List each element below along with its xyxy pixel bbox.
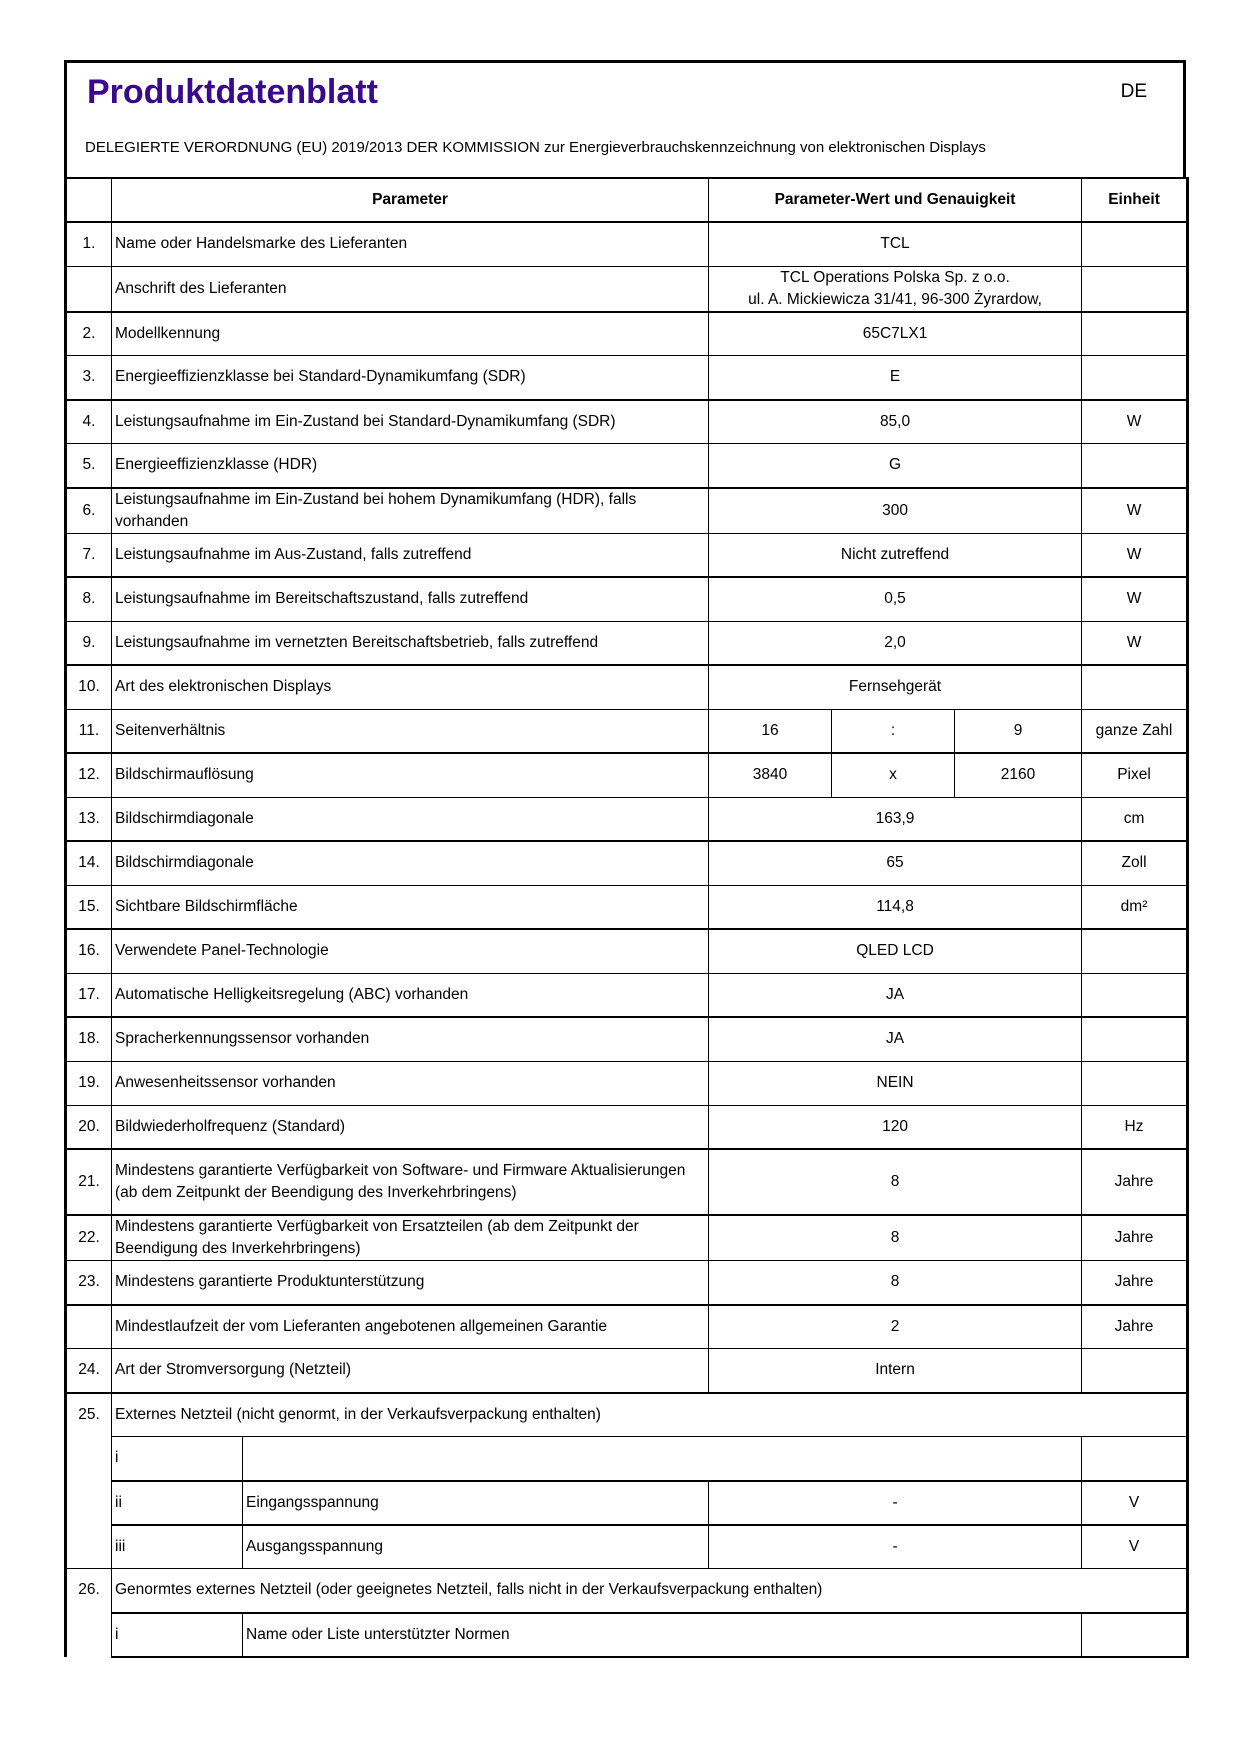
sub-unit: V	[1082, 1525, 1188, 1569]
row-parameter: Verwendete Panel-Technologie	[112, 929, 709, 973]
sub-unit	[1082, 1437, 1188, 1481]
product-data-sheet: Produktdatenblatt DE DELEGIERTE VERORDNU…	[64, 60, 1186, 1658]
row-number: 16.	[66, 929, 112, 973]
row-unit: cm	[1082, 797, 1188, 841]
row-parameter: Bildschirmdiagonale	[112, 841, 709, 885]
row-value: JA	[709, 973, 1082, 1017]
row-parameter: Bildwiederholfrequenz (Standard)	[112, 1105, 709, 1149]
row-unit	[1082, 973, 1188, 1017]
row-parameter: Mindestlaufzeit der vom Lieferanten ange…	[112, 1305, 709, 1349]
row-unit: Jahre	[1082, 1261, 1188, 1305]
row-parameter: Art der Stromversorgung (Netzteil)	[112, 1349, 709, 1393]
row-number: 1.	[66, 222, 112, 266]
table-header-row: Parameter Parameter-Wert und Genauigkeit…	[66, 178, 1188, 222]
row-parameter: Art des elektronischen Displays	[112, 665, 709, 709]
row-value: 163,9	[709, 797, 1082, 841]
row-parameter: Bildschirmdiagonale	[112, 797, 709, 841]
address-line-2: ul. A. Mickiewicza 31/41, 96-300 Żyrardo…	[712, 289, 1078, 311]
row-value: E	[709, 356, 1082, 400]
sub-index: ii	[112, 1481, 243, 1525]
row-unit: W	[1082, 577, 1188, 621]
parameter-table: Parameter Parameter-Wert und Genauigkeit…	[64, 177, 1189, 1658]
table-row: Anschrift des LieferantenTCL Operations …	[66, 266, 1188, 312]
row-value: QLED LCD	[709, 929, 1082, 973]
table-row: 18.Spracherkennungssensor vorhandenJA	[66, 1017, 1188, 1061]
table-row: 23.Mindestens garantierte Produktunterst…	[66, 1261, 1188, 1305]
row-unit	[1082, 1061, 1188, 1105]
row-value: 0,5	[709, 577, 1082, 621]
page-title: Produktdatenblatt	[87, 73, 378, 112]
language-code: DE	[1121, 81, 1147, 103]
sub-index: i	[112, 1437, 243, 1481]
sub-value: -	[709, 1481, 1082, 1525]
row-number: 18.	[66, 1017, 112, 1061]
sub-unit: V	[1082, 1481, 1188, 1525]
row-value-left: 16	[709, 709, 832, 753]
row-parameter: Leistungsaufnahme im vernetzten Bereitsc…	[112, 621, 709, 665]
row-number: 10.	[66, 665, 112, 709]
row-unit: W	[1082, 621, 1188, 665]
table-row: 16.Verwendete Panel-TechnologieQLED LCD	[66, 929, 1188, 973]
row-number: 26.	[66, 1569, 112, 1657]
row-number: 15.	[66, 885, 112, 929]
row-value-left: 3840	[709, 753, 832, 797]
row-value: 2	[709, 1305, 1082, 1349]
row-number: 11.	[66, 709, 112, 753]
row-unit: Jahre	[1082, 1215, 1188, 1261]
sub-unit	[1082, 1613, 1188, 1657]
row-parameter: Leistungsaufnahme im Aus-Zustand, falls …	[112, 533, 709, 577]
row-number	[66, 1305, 112, 1349]
row-parameter: Bildschirmauflösung	[112, 753, 709, 797]
row-value: NEIN	[709, 1061, 1082, 1105]
section-26-header: 26. Genormtes externes Netzteil (oder ge…	[66, 1569, 1188, 1613]
sub-label: Name oder Liste unterstützter Normen	[243, 1613, 1082, 1657]
sub-index: i	[112, 1613, 243, 1657]
row-unit	[1082, 312, 1188, 356]
col-header-value: Parameter-Wert und Genauigkeit	[709, 178, 1082, 222]
row-parameter: Anschrift des Lieferanten	[112, 266, 709, 312]
table-row: 21.Mindestens garantierte Verfügbarkeit …	[66, 1149, 1188, 1215]
row-parameter: Mindestens garantierte Verfügbarkeit von…	[112, 1215, 709, 1261]
row-number: 17.	[66, 973, 112, 1017]
sub-label	[243, 1437, 1082, 1481]
row-value-separator: :	[832, 709, 955, 753]
row-number: 24.	[66, 1349, 112, 1393]
table-row: 8.Leistungsaufnahme im Bereitschaftszust…	[66, 577, 1188, 621]
row-number: 12.	[66, 753, 112, 797]
row-parameter: Mindestens garantierte Verfügbarkeit von…	[112, 1149, 709, 1215]
table-row: 11.Seitenverhältnis16:9ganze Zahl	[66, 709, 1188, 753]
table-row: 10.Art des elektronischen DisplaysFernse…	[66, 665, 1188, 709]
row-value: 65C7LX1	[709, 312, 1082, 356]
row-unit: W	[1082, 400, 1188, 444]
row-unit: Jahre	[1082, 1149, 1188, 1215]
row-unit: ganze Zahl	[1082, 709, 1188, 753]
row-value: 8	[709, 1261, 1082, 1305]
row-unit	[1082, 222, 1188, 266]
row-value: 120	[709, 1105, 1082, 1149]
row-number: 7.	[66, 533, 112, 577]
row-value-right: 9	[955, 709, 1082, 753]
row-number: 4.	[66, 400, 112, 444]
col-header-number	[66, 178, 112, 222]
row-value: Nicht zutreffend	[709, 533, 1082, 577]
row-parameter: Automatische Helligkeitsregelung (ABC) v…	[112, 973, 709, 1017]
row-value: JA	[709, 1017, 1082, 1061]
row-value: G	[709, 444, 1082, 488]
row-unit	[1082, 356, 1188, 400]
row-number: 22.	[66, 1215, 112, 1261]
row-value: 300	[709, 488, 1082, 534]
row-parameter: Modellkennung	[112, 312, 709, 356]
row-value-separator: x	[832, 753, 955, 797]
row-number: 19.	[66, 1061, 112, 1105]
table-row: 7.Leistungsaufnahme im Aus-Zustand, fall…	[66, 533, 1188, 577]
row-parameter: Energieeffizienzklasse bei Standard-Dyna…	[112, 356, 709, 400]
address-line-1: TCL Operations Polska Sp. z o.o.	[712, 267, 1078, 289]
row-number: 2.	[66, 312, 112, 356]
row-number: 9.	[66, 621, 112, 665]
row-number	[66, 266, 112, 312]
row-value: 8	[709, 1149, 1082, 1215]
table-row: 19.Anwesenheitssensor vorhandenNEIN	[66, 1061, 1188, 1105]
table-row: 1.Name oder Handelsmarke des Lieferanten…	[66, 222, 1188, 266]
row-unit: W	[1082, 533, 1188, 577]
row-value-right: 2160	[955, 753, 1082, 797]
table-row: 20.Bildwiederholfrequenz (Standard)120Hz	[66, 1105, 1188, 1149]
row-unit: Zoll	[1082, 841, 1188, 885]
sheet-header: Produktdatenblatt DE DELEGIERTE VERORDNU…	[64, 60, 1186, 177]
row-number: 21.	[66, 1149, 112, 1215]
row-number: 6.	[66, 488, 112, 534]
row-number: 3.	[66, 356, 112, 400]
table-row: 15.Sichtbare Bildschirmfläche114,8dm²	[66, 885, 1188, 929]
row-parameter: Mindestens garantierte Produktunterstütz…	[112, 1261, 709, 1305]
section-25-header: 25. Externes Netzteil (nicht genormt, in…	[66, 1393, 1188, 1437]
row-unit: Jahre	[1082, 1305, 1188, 1349]
row-unit	[1082, 665, 1188, 709]
table-row: i Name oder Liste unterstützter Normen	[66, 1613, 1188, 1657]
row-number: 5.	[66, 444, 112, 488]
table-row: 2.Modellkennung65C7LX1	[66, 312, 1188, 356]
table-row: 9.Leistungsaufnahme im vernetzten Bereit…	[66, 621, 1188, 665]
row-parameter: Leistungsaufnahme im Bereitschaftszustan…	[112, 577, 709, 621]
col-header-parameter: Parameter	[112, 178, 709, 222]
row-value: 2,0	[709, 621, 1082, 665]
table-row: 4.Leistungsaufnahme im Ein-Zustand bei S…	[66, 400, 1188, 444]
row-value: TCL Operations Polska Sp. z o.o.ul. A. M…	[709, 266, 1082, 312]
row-unit	[1082, 1017, 1188, 1061]
row-value: 85,0	[709, 400, 1082, 444]
table-row: 3.Energieeffizienzklasse bei Standard-Dy…	[66, 356, 1188, 400]
table-row: 6.Leistungsaufnahme im Ein-Zustand bei h…	[66, 488, 1188, 534]
row-number: 25.	[66, 1393, 112, 1569]
row-parameter: Leistungsaufnahme im Ein-Zustand bei hoh…	[112, 488, 709, 534]
row-unit	[1082, 929, 1188, 973]
table-row: 13.Bildschirmdiagonale163,9cm	[66, 797, 1188, 841]
sub-value: -	[709, 1525, 1082, 1569]
row-parameter: Leistungsaufnahme im Ein-Zustand bei Sta…	[112, 400, 709, 444]
sub-index: iii	[112, 1525, 243, 1569]
row-value: 114,8	[709, 885, 1082, 929]
row-unit: dm²	[1082, 885, 1188, 929]
row-unit: Hz	[1082, 1105, 1188, 1149]
table-row: 22.Mindestens garantierte Verfügbarkeit …	[66, 1215, 1188, 1261]
row-number: 14.	[66, 841, 112, 885]
row-number: 8.	[66, 577, 112, 621]
row-unit	[1082, 444, 1188, 488]
sub-label: Ausgangsspannung	[243, 1525, 709, 1569]
row-parameter: Seitenverhältnis	[112, 709, 709, 753]
row-number: 23.	[66, 1261, 112, 1305]
regulation-subtitle: DELEGIERTE VERORDNUNG (EU) 2019/2013 DER…	[85, 139, 986, 156]
section-25-title: Externes Netzteil (nicht genormt, in der…	[112, 1393, 1188, 1437]
table-row: ii Eingangsspannung - V	[66, 1481, 1188, 1525]
row-number: 13.	[66, 797, 112, 841]
row-parameter: Anwesenheitssensor vorhanden	[112, 1061, 709, 1105]
table-row: 12.Bildschirmauflösung3840x2160Pixel	[66, 753, 1188, 797]
row-parameter: Sichtbare Bildschirmfläche	[112, 885, 709, 929]
table-row: Mindestlaufzeit der vom Lieferanten ange…	[66, 1305, 1188, 1349]
table-row: 14.Bildschirmdiagonale65Zoll	[66, 841, 1188, 885]
row-value: Fernsehgerät	[709, 665, 1082, 709]
table-row: 24.Art der Stromversorgung (Netzteil)Int…	[66, 1349, 1188, 1393]
table-row: 17.Automatische Helligkeitsregelung (ABC…	[66, 973, 1188, 1017]
row-unit	[1082, 266, 1188, 312]
row-unit	[1082, 1349, 1188, 1393]
row-parameter: Energieeffizienzklasse (HDR)	[112, 444, 709, 488]
row-parameter: Spracherkennungssensor vorhanden	[112, 1017, 709, 1061]
row-value: TCL	[709, 222, 1082, 266]
row-unit: Pixel	[1082, 753, 1188, 797]
row-value: Intern	[709, 1349, 1082, 1393]
table-row: 5.Energieeffizienzklasse (HDR)G	[66, 444, 1188, 488]
row-parameter: Name oder Handelsmarke des Lieferanten	[112, 222, 709, 266]
table-row: iii Ausgangsspannung - V	[66, 1525, 1188, 1569]
table-row: i	[66, 1437, 1188, 1481]
row-unit: W	[1082, 488, 1188, 534]
sub-label: Eingangsspannung	[243, 1481, 709, 1525]
row-value: 8	[709, 1215, 1082, 1261]
section-26-title: Genormtes externes Netzteil (oder geeign…	[112, 1569, 1188, 1613]
col-header-unit: Einheit	[1082, 178, 1188, 222]
row-value: 65	[709, 841, 1082, 885]
row-number: 20.	[66, 1105, 112, 1149]
